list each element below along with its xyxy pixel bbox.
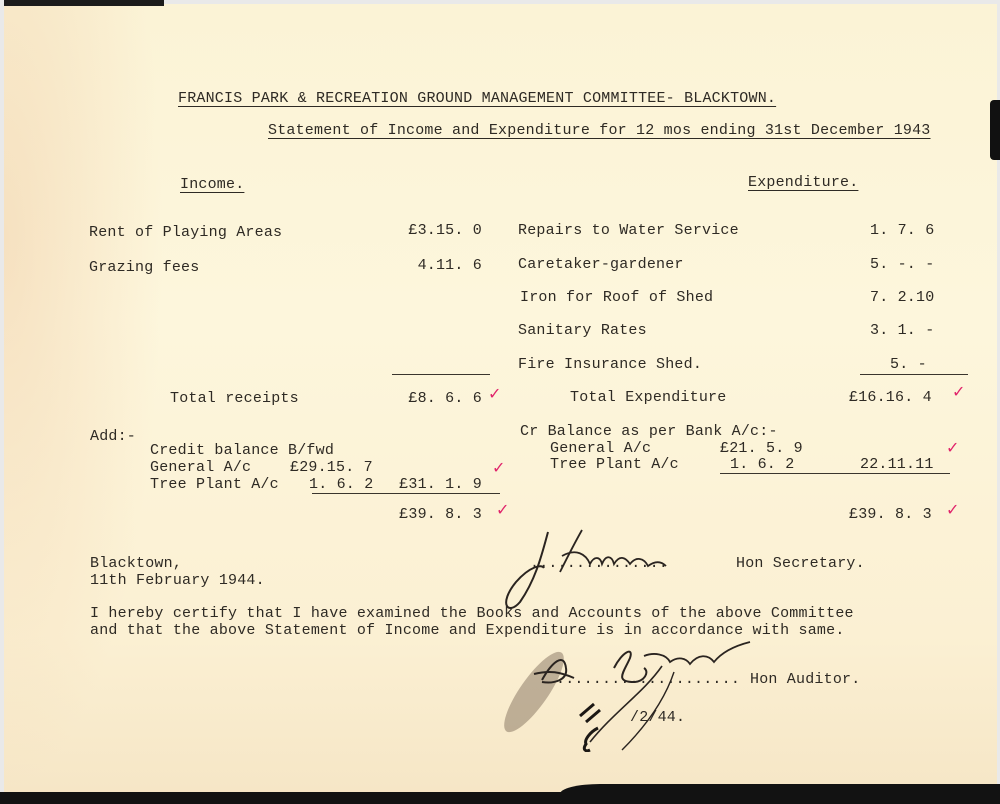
check-mark-icon: ✓ [952, 382, 965, 401]
expenditure-tree-label: Tree Plant A/c [550, 456, 679, 473]
expenditure-item-amount: 5. -. - [870, 256, 934, 273]
statement-subtitle: Statement of Income and Expenditure for … [268, 122, 931, 139]
add-label: Add:- [90, 428, 136, 445]
income-general-label: General A/c [150, 459, 251, 476]
check-mark-icon: ✓ [496, 500, 509, 519]
secretary-signature-icon [490, 524, 700, 614]
check-mark-icon: ✓ [946, 500, 959, 519]
expenditure-item-amount: 7. 2.10 [870, 289, 934, 306]
expenditure-general-amount: £21. 5. 9 [720, 440, 803, 457]
total-expenditure-label: Total Expenditure [570, 389, 726, 406]
income-item-amount: 4.11. 6 [364, 257, 482, 274]
expenditure-item-label: Iron for Roof of Shed [520, 289, 713, 306]
income-item-amount: £3.15. 0 [364, 222, 482, 239]
expenditure-item-label: Repairs to Water Service [518, 222, 739, 239]
expenditure-grand-total: £39. 8. 3 [849, 506, 932, 523]
expenditure-item-label: Caretaker-gardener [518, 256, 684, 273]
total-expenditure-amount: £16.16. 4 [849, 389, 932, 406]
secretary-title: Hon Secretary. [736, 555, 865, 572]
place-text: Blacktown, [90, 555, 182, 572]
certification-line-1: I hereby certify that I have examined th… [90, 605, 854, 622]
committee-title: FRANCIS PARK & RECREATION GROUND MANAGEM… [178, 90, 776, 107]
auditor-signature-icon [494, 632, 814, 752]
check-mark-icon: ✓ [488, 384, 501, 403]
expenditure-tree-amount: 1. 6. 2 [730, 456, 794, 473]
credit-rule [312, 493, 500, 494]
expenditure-general-label: General A/c [550, 440, 651, 457]
paper-stain [4, 4, 164, 794]
date-text: 11th February 1944. [90, 572, 265, 589]
income-heading: Income. [180, 176, 244, 193]
total-receipts-amount: £8. 6. 6 [364, 390, 482, 407]
income-general-amount: £29.15. 7 [290, 459, 373, 476]
check-mark-icon: ✓ [492, 458, 505, 477]
expenditure-item-label: Fire Insurance Shed. [518, 356, 702, 373]
income-item-label: Grazing fees [89, 259, 199, 276]
scan-edge-right [990, 100, 1000, 160]
balance-rule [720, 473, 950, 474]
income-item-label: Rent of Playing Areas [89, 224, 282, 241]
expenditure-heading: Expenditure. [748, 174, 858, 191]
credit-balance-label: Credit balance B/fwd [150, 442, 334, 459]
scan-edge-top [4, 0, 164, 6]
expenditure-item-label: Sanitary Rates [518, 322, 647, 339]
check-mark-icon: ✓ [946, 438, 959, 457]
income-tree-label: Tree Plant A/c [150, 476, 279, 493]
document-page: FRANCIS PARK & RECREATION GROUND MANAGEM… [4, 4, 997, 794]
bank-balance-total: 22.11.11 [860, 456, 934, 473]
income-grand-total: £39. 8. 3 [364, 506, 482, 523]
expenditure-item-amount: 5. - [890, 356, 927, 373]
total-receipts-label: Total receipts [170, 390, 299, 407]
bank-balance-label: Cr Balance as per Bank A/c:- [520, 423, 778, 440]
expenditure-item-amount: 3. 1. - [870, 322, 934, 339]
subtotal-rule [392, 374, 490, 375]
expenditure-item-amount: 1. 7. 6 [870, 222, 934, 239]
credit-total-amount: £31. 1. 9 [364, 476, 482, 493]
scan-edge-bottom-shadow [560, 784, 1000, 796]
subtotal-rule [860, 374, 968, 375]
